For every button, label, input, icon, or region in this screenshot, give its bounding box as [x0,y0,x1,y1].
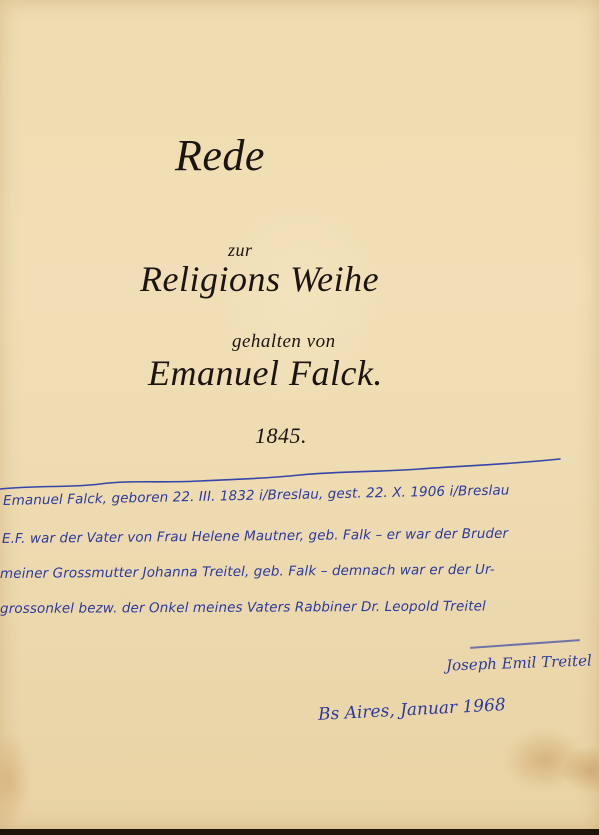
annotation-line-2: E.F. war der Vater von Frau Helene Mautn… [2,526,508,547]
title-held-by: gehalten von [232,331,336,353]
signature: Joseph Emil Treitel [446,651,592,674]
page-bottom-edge [0,829,599,835]
signature-underline [470,639,580,649]
title-year: 1845. [255,423,307,449]
annotation-line-3: meiner Grossmutter Johanna Treitel, geb.… [0,562,495,582]
title-subject: Religions Weihe [140,258,379,300]
annotation-line-4: grossonkel bezw. der Onkel meines Vaters… [0,598,486,617]
title-heading: Rede [175,130,265,181]
document-page: Rede zur Religions Weihe gehalten von Em… [0,0,599,829]
title-author: Emanuel Falck. [148,352,383,394]
place-and-date: Bs Aires, Januar 1968 [318,695,507,725]
